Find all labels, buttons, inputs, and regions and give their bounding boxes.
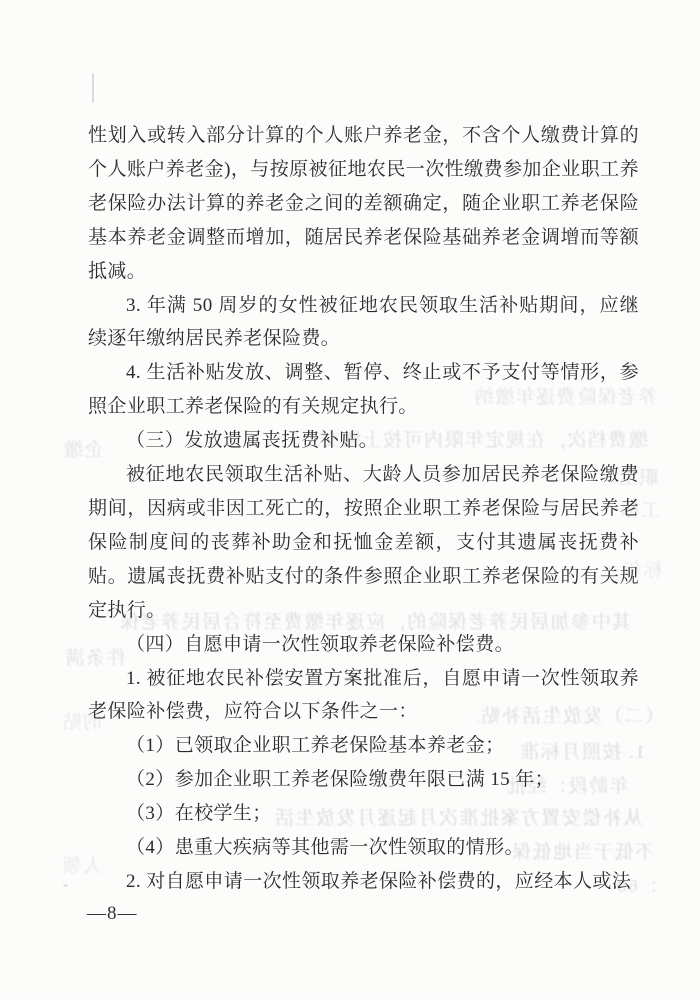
scan-artifact-line bbox=[92, 73, 94, 103]
document-body: 性划入或转入部分计算的个人账户养老金，不含个人缴费计算的个人账户养老金)，与按原… bbox=[88, 119, 639, 899]
paragraph: 性划入或转入部分计算的个人账户养老金，不含个人缴费计算的个人账户养老金)，与按原… bbox=[88, 119, 639, 289]
scan-artifact-speckle bbox=[63, 884, 68, 887]
page-number: —8— bbox=[87, 903, 138, 925]
scanned-page: 养老保险费逐年缴纳缴费档次，在规定年限内可按上缴交企缴职工工标标年其中参加居民养… bbox=[0, 0, 700, 999]
paragraph: 2. 对自愿申请一次性领取养老保险补偿费的，应经本人或法 bbox=[88, 865, 639, 899]
paragraph: 被征地农民领取生活补贴、大龄人员参加居民养老保险缴费期间，因病或非因工死亡的，按… bbox=[88, 458, 639, 628]
paragraph: 4. 生活补贴发放、调整、暂停、终止或不予支付等情形，参照企业职工养老保险的有关… bbox=[88, 356, 639, 424]
paragraph: （1）已领取企业职工养老保险基本养老金； bbox=[88, 729, 639, 763]
paragraph: （三）发放遗属丧抚费补贴。 bbox=[88, 424, 639, 458]
paragraph: （2）参加企业职工养老保险缴费年限已满 15 年； bbox=[88, 763, 639, 797]
paragraph: （四）自愿申请一次性领取养老保险补偿费。 bbox=[88, 628, 639, 662]
paragraph: （4）患重大疾病等其他需一次性领取的情形。 bbox=[88, 831, 639, 865]
paragraph: 3. 年满 50 周岁的女性被征地农民领取生活补贴期间，应继续逐年缴纳居民养老保… bbox=[88, 289, 639, 357]
paragraph: 1. 被征地农民补偿安置方案批准后，自愿申请一次性领取养老保险补偿费，应符合以下… bbox=[88, 662, 639, 730]
paragraph: （3）在校学生； bbox=[88, 797, 639, 831]
